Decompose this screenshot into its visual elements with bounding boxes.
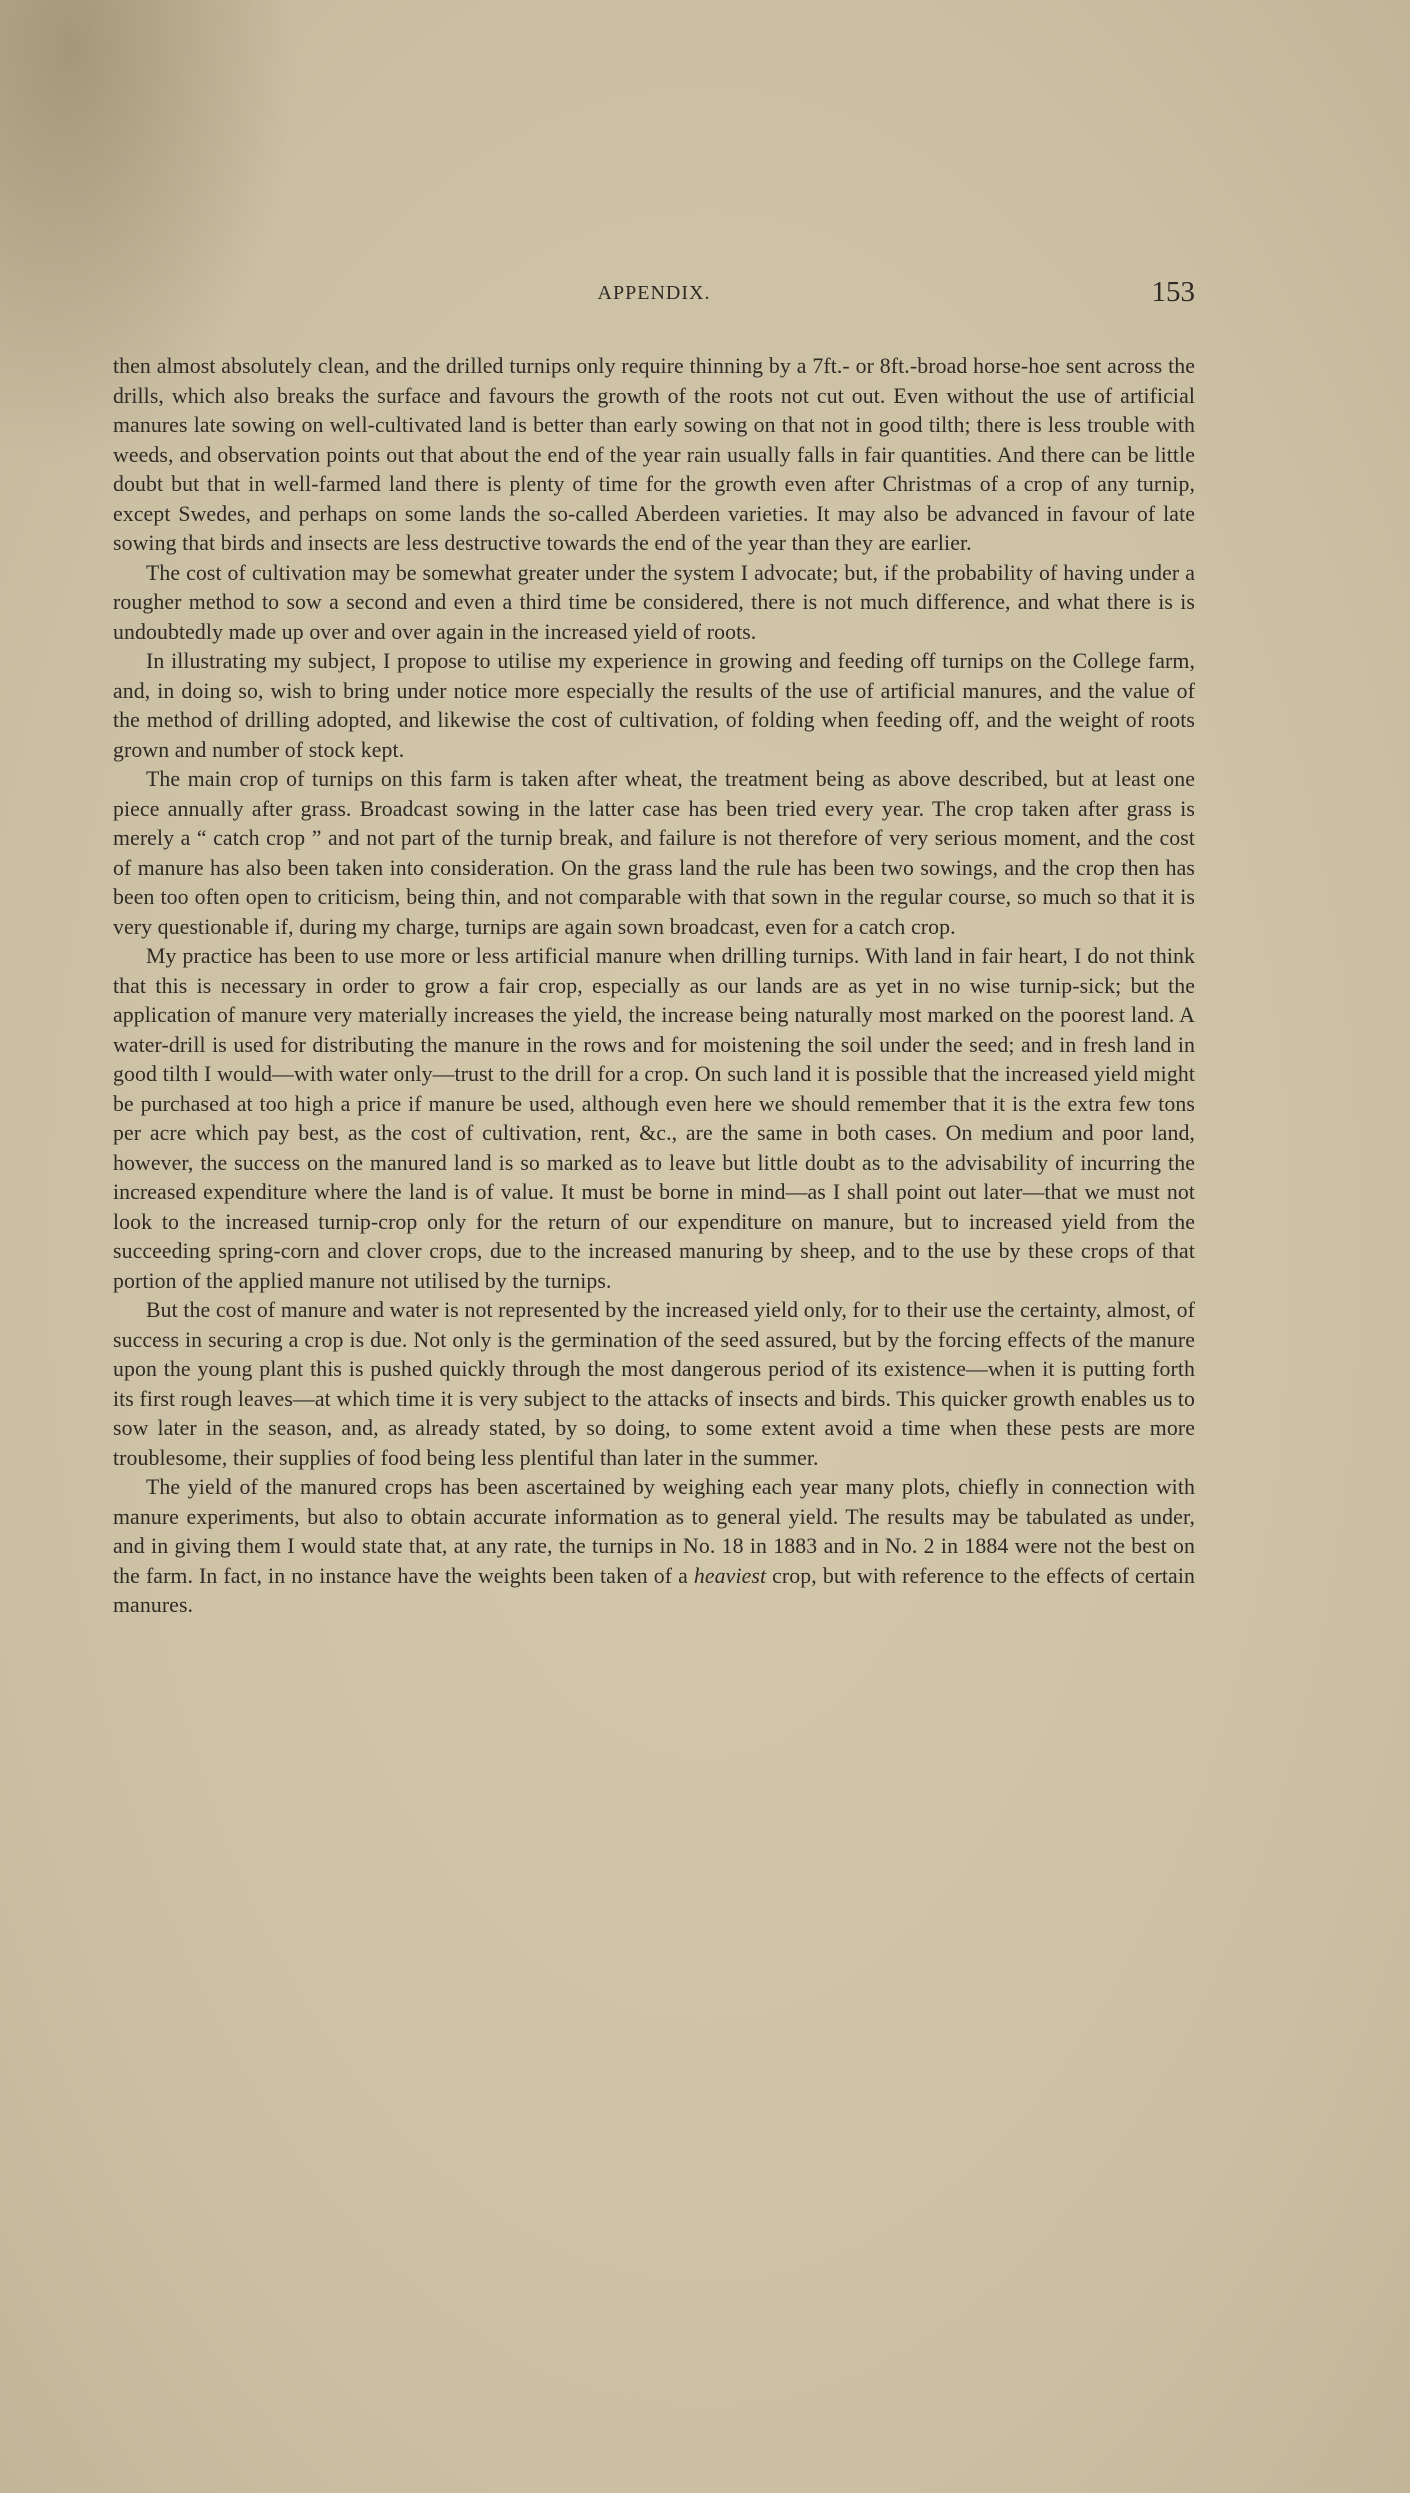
book-page: APPENDIX. 153 then almost absolutely cle…	[113, 280, 1195, 1621]
page-number: 153	[1152, 276, 1196, 309]
paragraph-illustrating-subject: In illustrating my subject, I propose to…	[113, 647, 1195, 765]
paragraph-cost-of-manure: But the cost of manure and water is not …	[113, 1296, 1195, 1473]
paragraph-my-practice: My practice has been to use more or less…	[113, 942, 1195, 1296]
emphasis-heaviest: heaviest	[694, 1564, 766, 1588]
paragraph-main-crop: The main crop of turnips on this farm is…	[113, 765, 1195, 942]
body-text: then almost absolutely clean, and the dr…	[113, 352, 1195, 1621]
running-head-title: APPENDIX.	[113, 282, 1195, 305]
running-head: APPENDIX. 153	[113, 280, 1195, 320]
paragraph-cost-of-cultivation: The cost of cultivation may be somewhat …	[113, 559, 1195, 648]
paragraph-continuation: then almost absolutely clean, and the dr…	[113, 352, 1195, 559]
paragraph-yield: The yield of the manured crops has been …	[113, 1473, 1195, 1621]
